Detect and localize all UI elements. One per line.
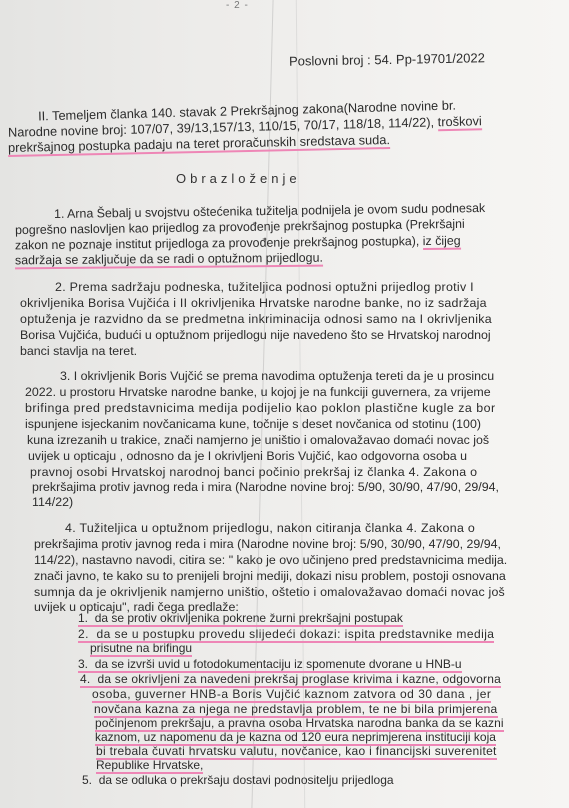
paragraph-line: 2022. u prostoru Hrvatske narodne banke,… <box>25 385 491 400</box>
paragraph-line: sumnja da je okrivljenik namjerno uništi… <box>34 585 505 600</box>
paragraph-line: 2. Prema sadržaju podneska, tužiteljica … <box>55 280 474 295</box>
paragraph-line: okrivljenika Borisa Vujčića i II okrivlj… <box>20 296 487 311</box>
paragraph-line: 114/22) <box>32 495 73 510</box>
list-item: 3. da se izvrši uvid u fotodokumentaciju… <box>78 657 462 672</box>
list-text: da se protiv okrivljenika pokrene žurni … <box>95 611 403 625</box>
paragraph-line: 114/22), nastavno navodi, citira se: " k… <box>34 553 507 568</box>
highlighted-text: iz čijeg <box>423 234 461 250</box>
list-number: 5. <box>82 773 92 787</box>
paragraph-line: optuženja je razvidno da se predmetna in… <box>20 312 492 327</box>
list-number: 1. <box>78 611 88 625</box>
page-number: - 2 - <box>226 0 249 11</box>
document-page: - 2 - Poslovni broj : 54. Pp-19701/2022 … <box>0 0 569 808</box>
list-text: da se okrivljeni za navedeni prekršaj pr… <box>98 672 501 686</box>
paragraph-line: 3. I okrivljenik Boris Vujčić se prema n… <box>60 369 494 384</box>
list-text: da se odluka o prekršaju dostavi podnosi… <box>99 773 394 787</box>
list-item: 2. da se u postupku provedu slijedeći do… <box>78 627 494 642</box>
paragraph-line: prekršajima protiv javnog reda i mira (N… <box>32 480 499 495</box>
paragraph-line: banci stavlja na teret. <box>20 344 137 359</box>
paragraph-line: brifinga pred predstavnicima medija podi… <box>25 401 496 416</box>
list-text: Republike Hrvatske, <box>96 758 203 774</box>
list-number: 3. <box>78 657 88 671</box>
heading-obrazlozenje: Obrazloženje <box>176 171 301 186</box>
paragraph-line: pravnoj osobi Hrvatskoj narodnoj banci p… <box>30 465 477 480</box>
paragraph-line: znači javno, te kako su to prenijeli bro… <box>34 569 506 584</box>
case-number: Poslovni broj : 54. Pp-19701/2022 <box>289 50 485 68</box>
paragraph-line-highlighted: sadržaja se zaključuje da se radi o optu… <box>15 251 323 270</box>
list-number: 2. <box>78 627 89 641</box>
list-text: prisutne na brifingu <box>90 641 192 657</box>
list-item: 1. da se protiv okrivljenika pokrene žur… <box>78 611 403 626</box>
list-number: 4. <box>80 672 90 686</box>
highlighted-text: troškovi <box>438 113 482 131</box>
paragraph-line: ispunjene isjeckanim novčanicama kune, t… <box>25 417 481 432</box>
list-item: 4. da se okrivljeni za navedeni prekršaj… <box>80 672 501 687</box>
list-text: da se u postupku provedu slijedeći dokaz… <box>97 627 495 641</box>
paragraph-line: kuna izrezanih u trakice, znači namjerno… <box>27 433 489 448</box>
paragraph-line: Borisa Vujčića, budući u optužnom prijed… <box>20 328 491 343</box>
list-text: da se izvrši uvid u fotodokumentaciju iz… <box>95 657 462 671</box>
list-text: osoba, guverner HNB-a Boris Vujčić kazno… <box>92 687 491 703</box>
paragraph-line: 4. Tužiteljica u optužnom prijedlogu, na… <box>65 521 475 536</box>
list-item: 5. da se odluka o prekršaju dostavi podn… <box>82 773 394 788</box>
paragraph-line: prekršajima protiv javnog reda i mira (N… <box>34 537 501 552</box>
paragraph-line: uvijek u opticaju , odnosno da je I okri… <box>28 449 467 464</box>
